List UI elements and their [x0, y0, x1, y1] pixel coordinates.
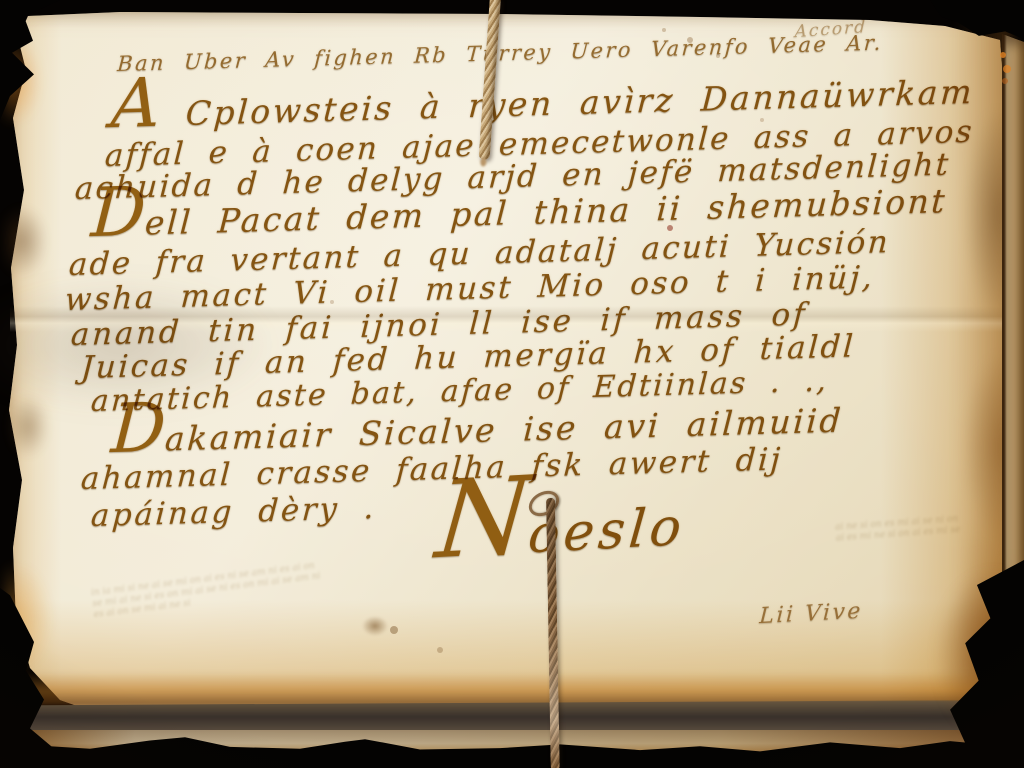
- burnt-left-edge: [4, 30, 64, 670]
- rolled-right-sheet-edge: [1002, 34, 1024, 634]
- manuscript-photograph: in ia mi si ne ai se mi on ai es ni se a…: [0, 0, 1024, 768]
- burn-specks: [1000, 52, 1006, 58]
- ink-stain: [362, 616, 388, 636]
